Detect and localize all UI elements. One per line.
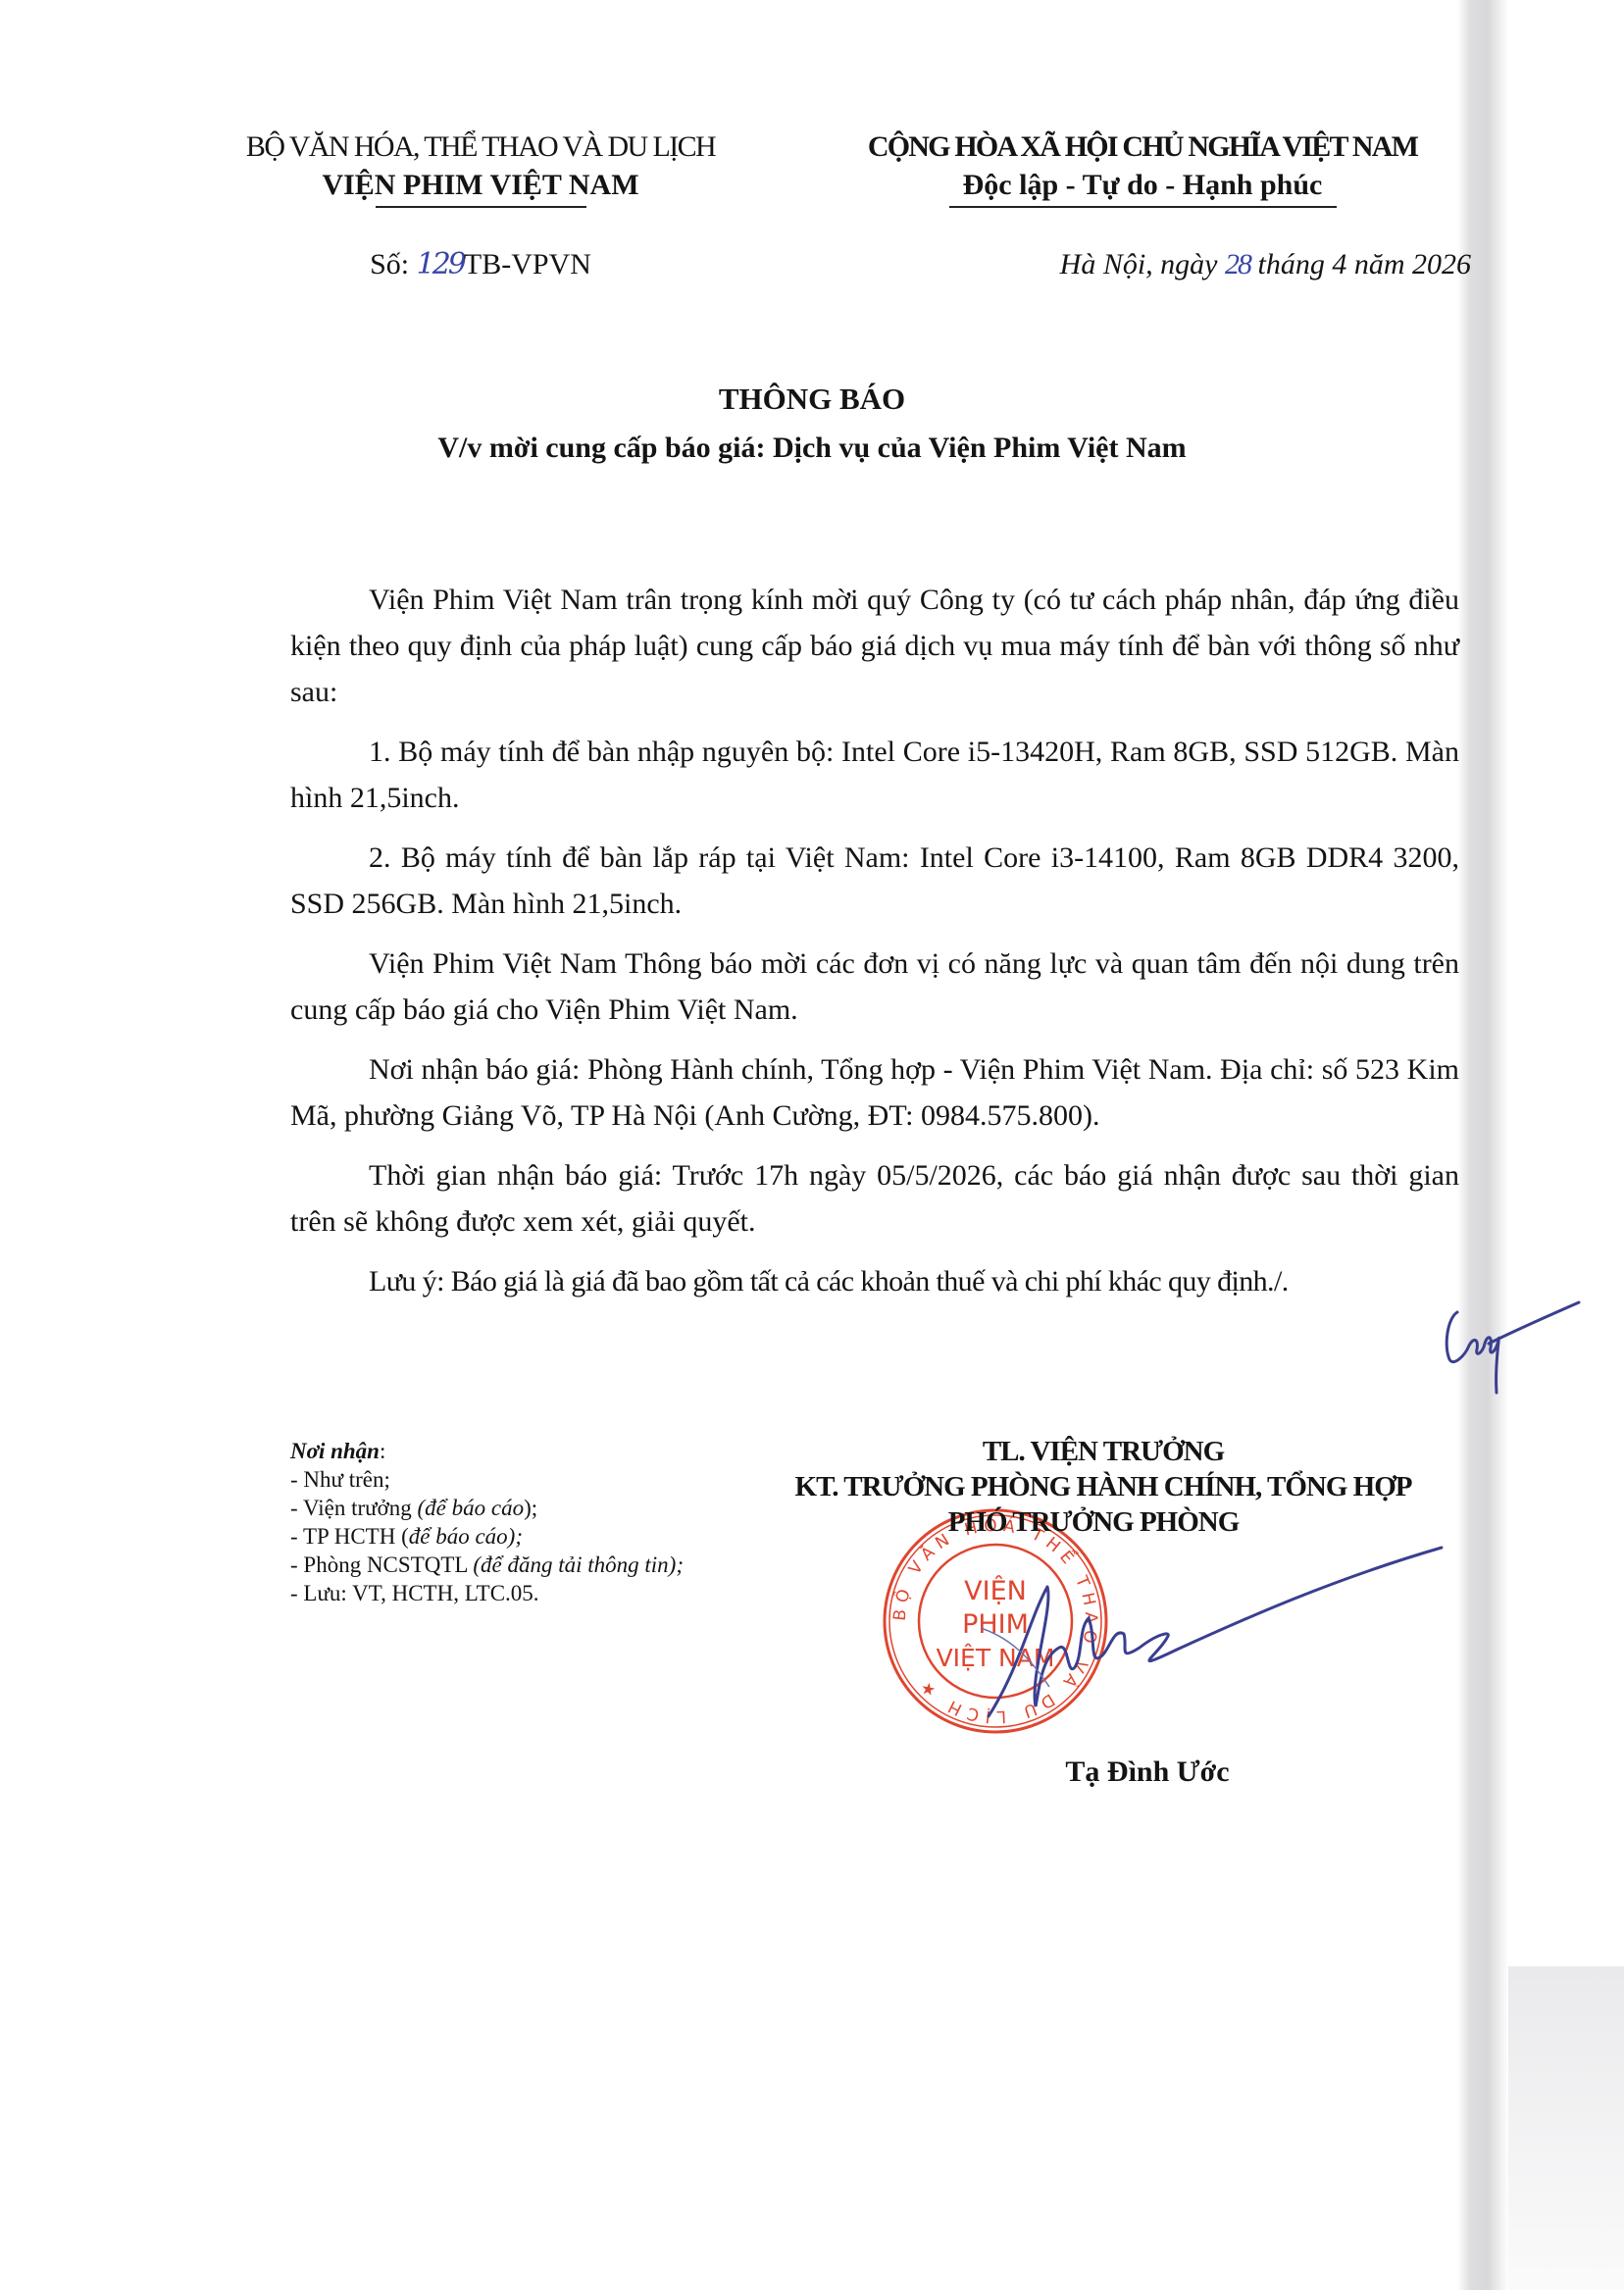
recipient-tail: ); — [524, 1496, 537, 1520]
recipient-text: - Phòng NCSTQTL — [290, 1552, 473, 1577]
body-paragraph-item-1: 1. Bộ máy tính để bàn nhập nguyên bộ: In… — [290, 729, 1459, 821]
motto: Độc lập - Tự do - Hạnh phúc — [814, 167, 1471, 204]
doc-number-handwritten: 129 — [417, 247, 464, 281]
recipient-item: - Phòng NCSTQTL (để đăng tải thông tin); — [290, 1551, 839, 1579]
nation-name: CỘNG HÒA XÃ HỘI CHỦ NGHĨA VIỆT NAM — [814, 127, 1471, 167]
document-title: THÔNG BÁO — [0, 378, 1624, 421]
date-suffix: tháng 4 năm 2026 — [1250, 248, 1471, 280]
issuer-header: BỘ VĂN HÓA, THỂ THAO VÀ DU LỊCH VIỆN PHI… — [196, 127, 765, 208]
date-day-handwritten: 28 — [1225, 248, 1250, 280]
body-paragraph-note: Lưu ý: Báo giá là giá đã bao gồm tất cả … — [290, 1258, 1459, 1304]
doc-number-prefix: Số: — [370, 248, 417, 280]
document-number: Số: 129TB-VPVN — [196, 245, 765, 284]
document-body: Viện Phim Việt Nam trân trọng kính mời q… — [290, 577, 1459, 1318]
scan-shadow — [1457, 0, 1508, 2290]
recipient-item: - Lưu: VT, HCTH, LTC.05. — [290, 1579, 839, 1607]
body-paragraph-intro: Viện Phim Việt Nam trân trọng kính mời q… — [290, 577, 1459, 715]
signature-position: PHÓ TRƯỞNG PHÒNG — [716, 1504, 1471, 1540]
recipient-text: - TP HCTH ( — [290, 1524, 409, 1549]
body-paragraph-item-2: 2. Bộ máy tính để bàn lắp ráp tại Việt N… — [290, 835, 1459, 927]
recipient-note: để báo cáo); — [409, 1524, 523, 1549]
body-paragraph-invitation: Viện Phim Việt Nam Thông báo mời các đơn… — [290, 941, 1459, 1033]
organization-name: VIỆN PHIM VIỆT NAM — [196, 167, 765, 204]
motto-underline — [949, 206, 1337, 208]
initial-signature-icon — [1440, 1295, 1587, 1412]
issue-date: Hà Nội, ngày 28 tháng 4 năm 2026 — [814, 245, 1471, 284]
scan-shadow-corner — [1508, 1966, 1624, 2290]
recipients-label-colon: : — [380, 1439, 385, 1463]
body-paragraph-address: Nơi nhận báo giá: Phòng Hành chính, Tổng… — [290, 1046, 1459, 1139]
recipient-text: - Viện trưởng — [290, 1496, 418, 1520]
org-underline — [376, 206, 586, 208]
recipients-label: Nơi nhận — [290, 1439, 380, 1463]
recipient-text: - Lưu: VT, HCTH, LTC.05. — [290, 1581, 539, 1605]
signature-block: TL. VIỆN TRƯỞNG KT. TRƯỞNG PHÒNG HÀNH CH… — [736, 1434, 1471, 1540]
recipient-note: (để đăng tải thông tin); — [473, 1552, 684, 1577]
doc-number-suffix: TB-VPVN — [464, 248, 591, 280]
signer-name: Tạ Đình Ước — [941, 1756, 1353, 1789]
document-subject: V/v mời cung cấp báo giá: Dịch vụ của Vi… — [0, 427, 1624, 470]
handwritten-signature-icon — [981, 1540, 1451, 1736]
date-prefix: Hà Nội, ngày — [1060, 248, 1225, 280]
national-header: CỘNG HÒA XÃ HỘI CHỦ NGHĨA VIỆT NAM Độc l… — [814, 127, 1471, 208]
ministry-name: BỘ VĂN HÓA, THỂ THAO VÀ DU LỊCH — [196, 127, 765, 167]
signature-delegation: KT. TRƯỞNG PHÒNG HÀNH CHÍNH, TỔNG HỢP — [736, 1469, 1471, 1504]
signature-authority: TL. VIỆN TRƯỞNG — [736, 1434, 1471, 1469]
body-paragraph-deadline: Thời gian nhận báo giá: Trước 17h ngày 0… — [290, 1152, 1459, 1245]
recipient-text: - Như trên; — [290, 1467, 390, 1492]
recipient-note: (để báo cáo — [418, 1496, 525, 1520]
